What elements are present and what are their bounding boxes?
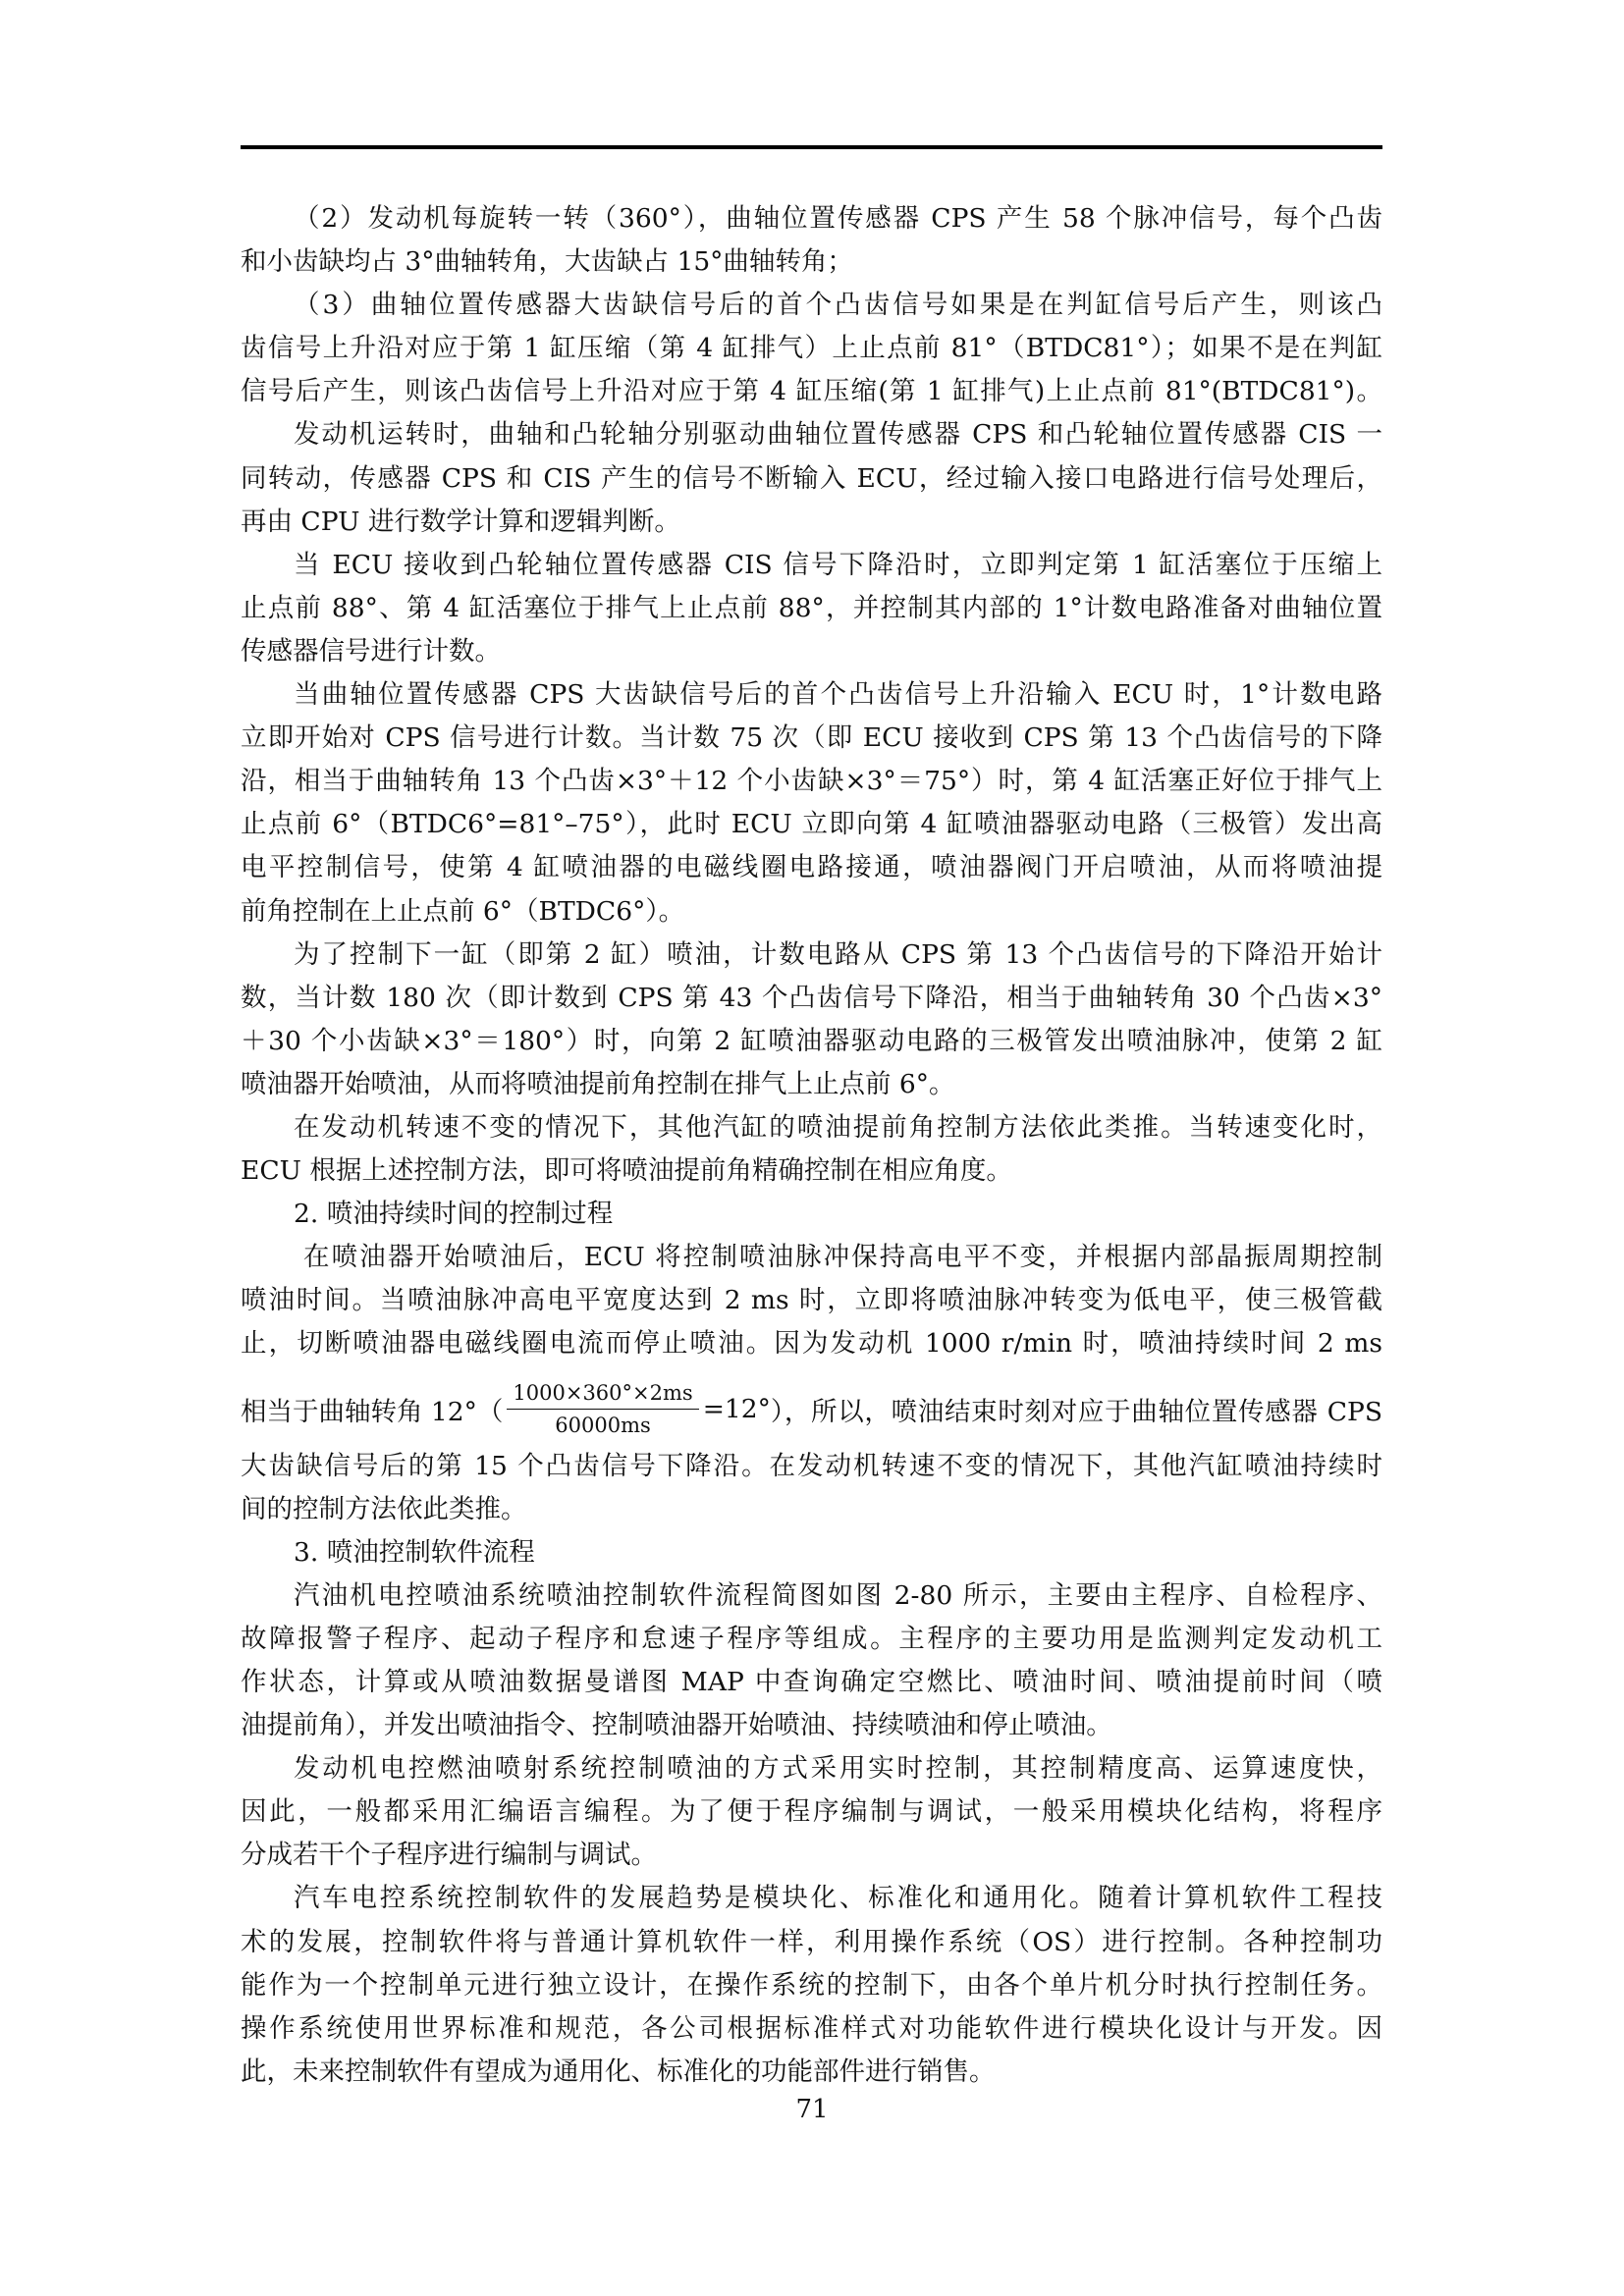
- text-line: 止，切断喷油器电磁线圈电流而停止喷油。因为发动机 1000 r/min 时，喷油…: [241, 1322, 1382, 1365]
- section-heading-2: 2. 喷油持续时间的控制过程: [241, 1193, 1382, 1236]
- paragraph-realtime-control: 发动机电控燃油喷射系统控制喷油的方式采用实时控制，其控制精度高、运算速度快， 因…: [241, 1747, 1382, 1877]
- text-line: 喷油时间。当喷油脉冲高电平宽度达到 2 ms 时，立即将喷油脉冲转变为低电平，使…: [241, 1279, 1382, 1322]
- text-line: 在喷油器开始喷油后，ECU 将控制喷油脉冲保持高电平不变，并根据内部晶振周期控制: [241, 1236, 1382, 1279]
- paragraph-speed-change: 在发动机转速不变的情况下，其他汽缸的喷油提前角控制方法依此类推。当转速变化时， …: [241, 1106, 1382, 1193]
- paragraph-cis-signal: 当 ECU 接收到凸轮轴位置传感器 CIS 信号下降沿时，立即判定第 1 缸活塞…: [241, 544, 1382, 673]
- text-line: 油提前角），并发出喷油指令、控制喷油器开始喷油、持续喷油和停止喷油。: [241, 1704, 1382, 1747]
- text-line: 数，当计数 180 次（即计数到 CPS 第 43 个凸齿信号下降沿，相当于曲轴…: [241, 977, 1382, 1020]
- text-line: 大齿缺信号后的第 15 个凸齿信号下降沿。在发动机转速不变的情况下，其他汽缸喷油…: [241, 1445, 1382, 1488]
- text-line: （3）曲轴位置传感器大齿缺信号后的首个凸齿信号如果是在判缸信号后产生，则该凸: [241, 284, 1382, 327]
- paragraph-item-2: （2）发动机每旋转一转（360°），曲轴位置传感器 CPS 产生 58 个脉冲信…: [241, 197, 1382, 284]
- text-line: 为了控制下一缸（即第 2 缸）喷油，计数电路从 CPS 第 13 个凸齿信号的下…: [241, 934, 1382, 977]
- text-line: ＋30 个小齿缺×3°＝180°）时，向第 2 缸喷油器驱动电路的三极管发出喷油…: [241, 1020, 1382, 1063]
- text-line: 止点前 88°、第 4 缸活塞位于排气上止点前 88°，并控制其内部的 1°计数…: [241, 587, 1382, 630]
- paragraph-cylinder-2: 为了控制下一缸（即第 2 缸）喷油，计数电路从 CPS 第 13 个凸齿信号的下…: [241, 934, 1382, 1106]
- text-line: 能作为一个控制单元进行独立设计，在操作系统的控制下，由各个单片机分时执行控制任务…: [241, 1964, 1382, 2007]
- text-line: 同转动，传感器 CPS 和 CIS 产生的信号不断输入 ECU，经过输入接口电路…: [241, 457, 1382, 501]
- text-line: 汽油机电控喷油系统喷油控制软件流程简图如图 2-80 所示，主要由主程序、自检程…: [241, 1575, 1382, 1618]
- page-number: 71: [0, 2095, 1624, 2124]
- text-line: 在发动机转速不变的情况下，其他汽缸的喷油提前角控制方法依此类推。当转速变化时，: [241, 1106, 1382, 1149]
- text-line: 作状态，计算或从喷油数据曼谱图 MAP 中查询确定空燃比、喷油时间、喷油提前时间…: [241, 1661, 1382, 1704]
- text-line: 沿，相当于曲轴转角 13 个凸齿×3°＋12 个小齿缺×3°＝75°）时，第 4…: [241, 760, 1382, 803]
- text-line: 发动机电控燃油喷射系统控制喷油的方式采用实时控制，其控制精度高、运算速度快，: [241, 1747, 1382, 1790]
- paragraph-cps-counting: 当曲轴位置传感器 CPS 大齿缺信号后的首个凸齿信号上升沿输入 ECU 时，1°…: [241, 673, 1382, 934]
- text-line: 和小齿缺均占 3°曲轴转角，大齿缺占 15°曲轴转角；: [241, 240, 1382, 284]
- formula-suffix: ），所以，喷油结束时刻对应于曲轴位置传感器 CPS: [771, 1390, 1382, 1428]
- formula-result: =12°: [703, 1394, 771, 1424]
- text-line: ECU 根据上述控制方法，即可将喷油提前角精确控制在相应角度。: [241, 1149, 1382, 1193]
- text-line: 当 ECU 接收到凸轮轴位置传感器 CIS 信号下降沿时，立即判定第 1 缸活塞…: [241, 544, 1382, 587]
- text-line: 发动机运转时，曲轴和凸轮轴分别驱动曲轴位置传感器 CPS 和凸轮轴位置传感器 C…: [241, 413, 1382, 456]
- text-line: 因此，一般都采用汇编语言编程。为了便于程序编制与调试，一般采用模块化结构，将程序: [241, 1790, 1382, 1834]
- header-rule: [241, 145, 1382, 149]
- paragraph-software-trend: 汽车电控系统控制软件的发展趋势是模块化、标准化和通用化。随着计算机软件工程技 术…: [241, 1877, 1382, 2093]
- text-line: 术的发展，控制软件将与普通计算机软件一样，利用操作系统（OS）进行控制。各种控制…: [241, 1921, 1382, 1964]
- text-line: 汽车电控系统控制软件的发展趋势是模块化、标准化和通用化。随着计算机软件工程技: [241, 1877, 1382, 1920]
- text-line: （2）发动机每旋转一转（360°），曲轴位置传感器 CPS 产生 58 个脉冲信…: [241, 197, 1382, 240]
- text-line: 再由 CPU 进行数学计算和逻辑判断。: [241, 501, 1382, 544]
- paragraph-engine-running: 发动机运转时，曲轴和凸轮轴分别驱动曲轴位置传感器 CPS 和凸轮轴位置传感器 C…: [241, 413, 1382, 543]
- paragraph-injection-end: 大齿缺信号后的第 15 个凸齿信号下降沿。在发动机转速不变的情况下，其他汽缸喷油…: [241, 1445, 1382, 1531]
- formula-denominator: 60000ms: [555, 1410, 651, 1439]
- paragraph-item-3: （3）曲轴位置传感器大齿缺信号后的首个凸齿信号如果是在判缸信号后产生，则该凸 齿…: [241, 284, 1382, 413]
- text-line: 立即开始对 CPS 信号进行计数。当计数 75 次（即 ECU 接收到 CPS …: [241, 717, 1382, 760]
- text-line: 当曲轴位置传感器 CPS 大齿缺信号后的首个凸齿信号上升沿输入 ECU 时，1°…: [241, 673, 1382, 717]
- page-body: （2）发动机每旋转一转（360°），曲轴位置传感器 CPS 产生 58 个脉冲信…: [241, 197, 1382, 2094]
- text-line: 此，未来控制软件有望成为通用化、标准化的功能部件进行销售。: [241, 2051, 1382, 2094]
- text-line: 间的控制方法依此类推。: [241, 1488, 1382, 1531]
- text-line: 齿信号上升沿对应于第 1 缸压缩（第 4 缸排气）上止点前 81°（BTDC81…: [241, 327, 1382, 370]
- text-line: 分成若干个子程序进行编制与调试。: [241, 1834, 1382, 1877]
- text-line: 电平控制信号，使第 4 缸喷油器的电磁线圈电路接通，喷油器阀门开启喷油，从而将喷…: [241, 846, 1382, 889]
- text-line: 传感器信号进行计数。: [241, 630, 1382, 673]
- formula-fraction: 1000×360°×2ms 60000ms: [507, 1379, 698, 1439]
- text-line: 操作系统使用世界标准和规范，各公司根据标准样式对功能软件进行模块化设计与开发。因: [241, 2007, 1382, 2051]
- paragraph-injection-duration: 在喷油器开始喷油后，ECU 将控制喷油脉冲保持高电平不变，并根据内部晶振周期控制…: [241, 1236, 1382, 1365]
- section-heading-3: 3. 喷油控制软件流程: [241, 1531, 1382, 1575]
- text-line: 喷油器开始喷油，从而将喷油提前角控制在排气上止点前 6°。: [241, 1063, 1382, 1106]
- formula-prefix: 相当于曲轴转角 12°（: [241, 1390, 503, 1428]
- text-line: 故障报警子程序、起动子程序和怠速子程序等组成。主程序的主要功用是监测判定发动机工: [241, 1618, 1382, 1661]
- text-line: 信号后产生，则该凸齿信号上升沿对应于第 4 缸压缩(第 1 缸排气)上止点前 8…: [241, 370, 1382, 413]
- formula-numerator: 1000×360°×2ms: [507, 1379, 698, 1410]
- formula-line: 相当于曲轴转角 12°（ 1000×360°×2ms 60000ms =12° …: [241, 1376, 1382, 1443]
- text-line: 前角控制在上止点前 6°（BTDC6°）。: [241, 890, 1382, 934]
- text-line: 止点前 6°（BTDC6°=81°–75°），此时 ECU 立即向第 4 缸喷油…: [241, 803, 1382, 846]
- paragraph-software-flow: 汽油机电控喷油系统喷油控制软件流程简图如图 2-80 所示，主要由主程序、自检程…: [241, 1575, 1382, 1747]
